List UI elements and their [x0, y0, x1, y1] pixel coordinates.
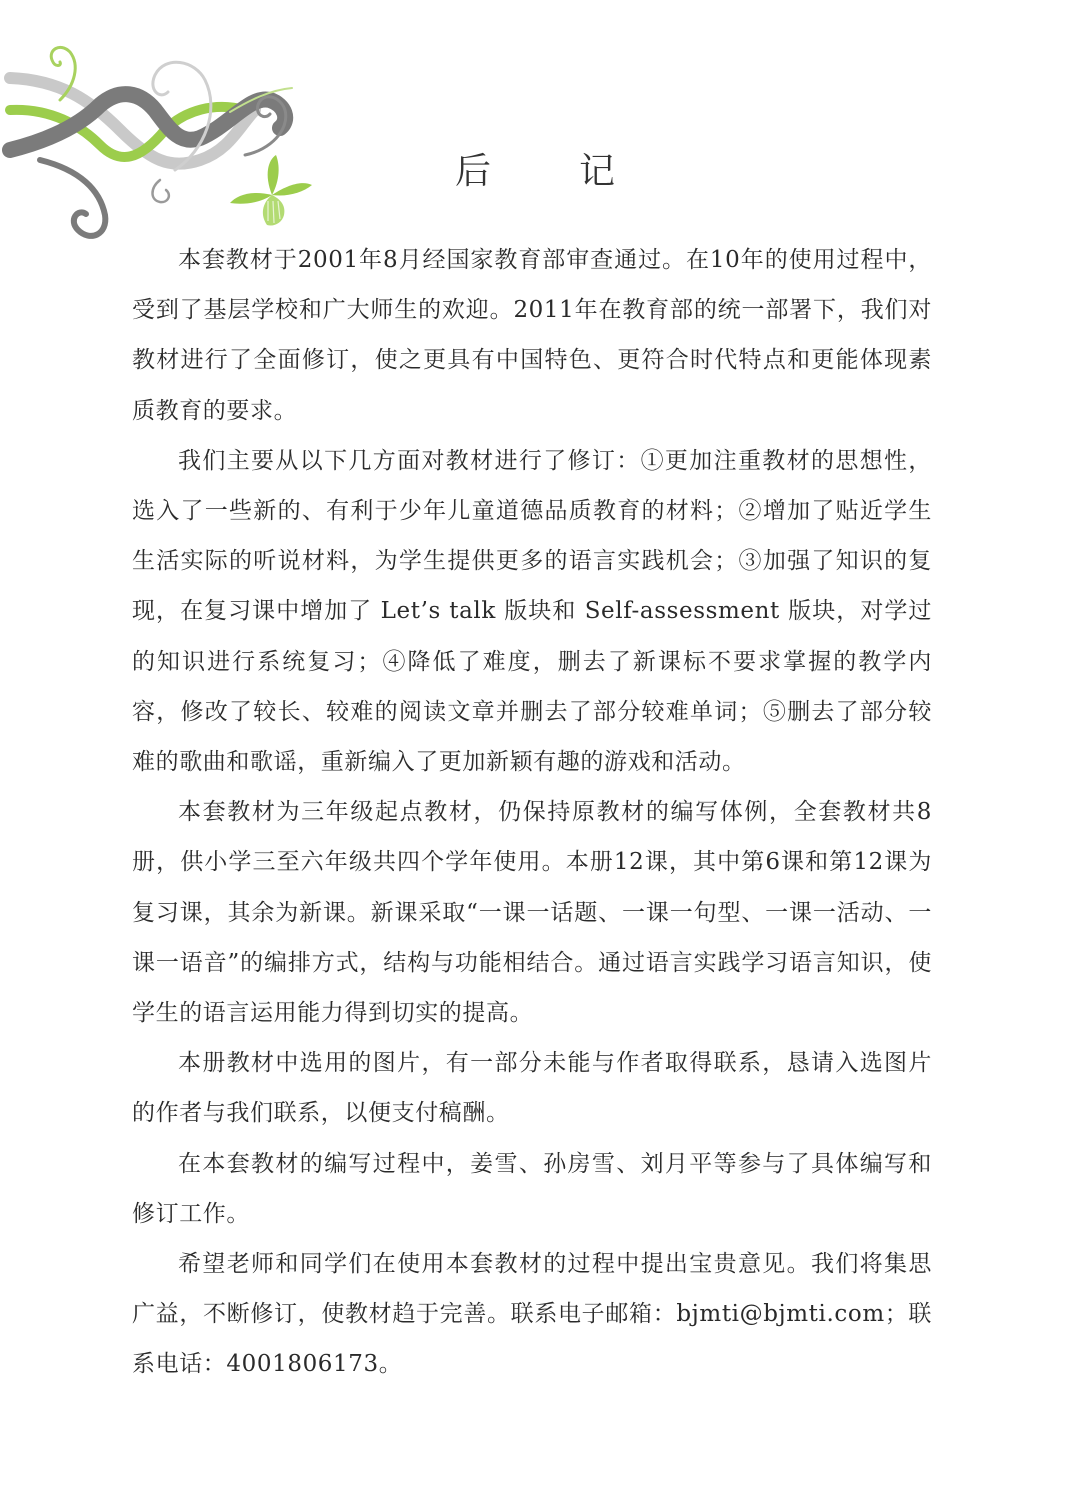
floral-swirl-ornament-icon: [0, 30, 400, 250]
title-char-ji: 记: [579, 143, 615, 194]
title-char-hou: 后: [455, 143, 491, 194]
page-title: 后 记: [455, 140, 615, 196]
paragraph-image-credits: 本册教材中选用的图片，有一部分未能与作者取得联系，恳请入选图片的作者与我们联系，…: [132, 1038, 932, 1138]
paragraph-approval-history: 本套教材于2001年8月经国家教育部审查通过。在10年的使用过程中，受到了基层学…: [132, 235, 932, 436]
paragraph-revision-points: 我们主要从以下几方面对教材进行了修订：①更加注重教材的思想性，选入了一些新的、有…: [132, 436, 932, 787]
paragraph-contributors: 在本套教材的编写过程中，姜雪、孙房雪、刘月平等参与了具体编写和修订工作。: [132, 1139, 932, 1239]
paragraph-textbook-structure: 本套教材为三年级起点教材，仍保持原教材的编写体例，全套教材共8册，供小学三至六年…: [132, 787, 932, 1038]
paragraph-contact-info: 希望老师和同学们在使用本套教材的过程中提出宝贵意见。我们将集思广益，不断修订，使…: [132, 1239, 932, 1390]
afterword-body: 本套教材于2001年8月经国家教育部审查通过。在10年的使用过程中，受到了基层学…: [132, 235, 932, 1390]
